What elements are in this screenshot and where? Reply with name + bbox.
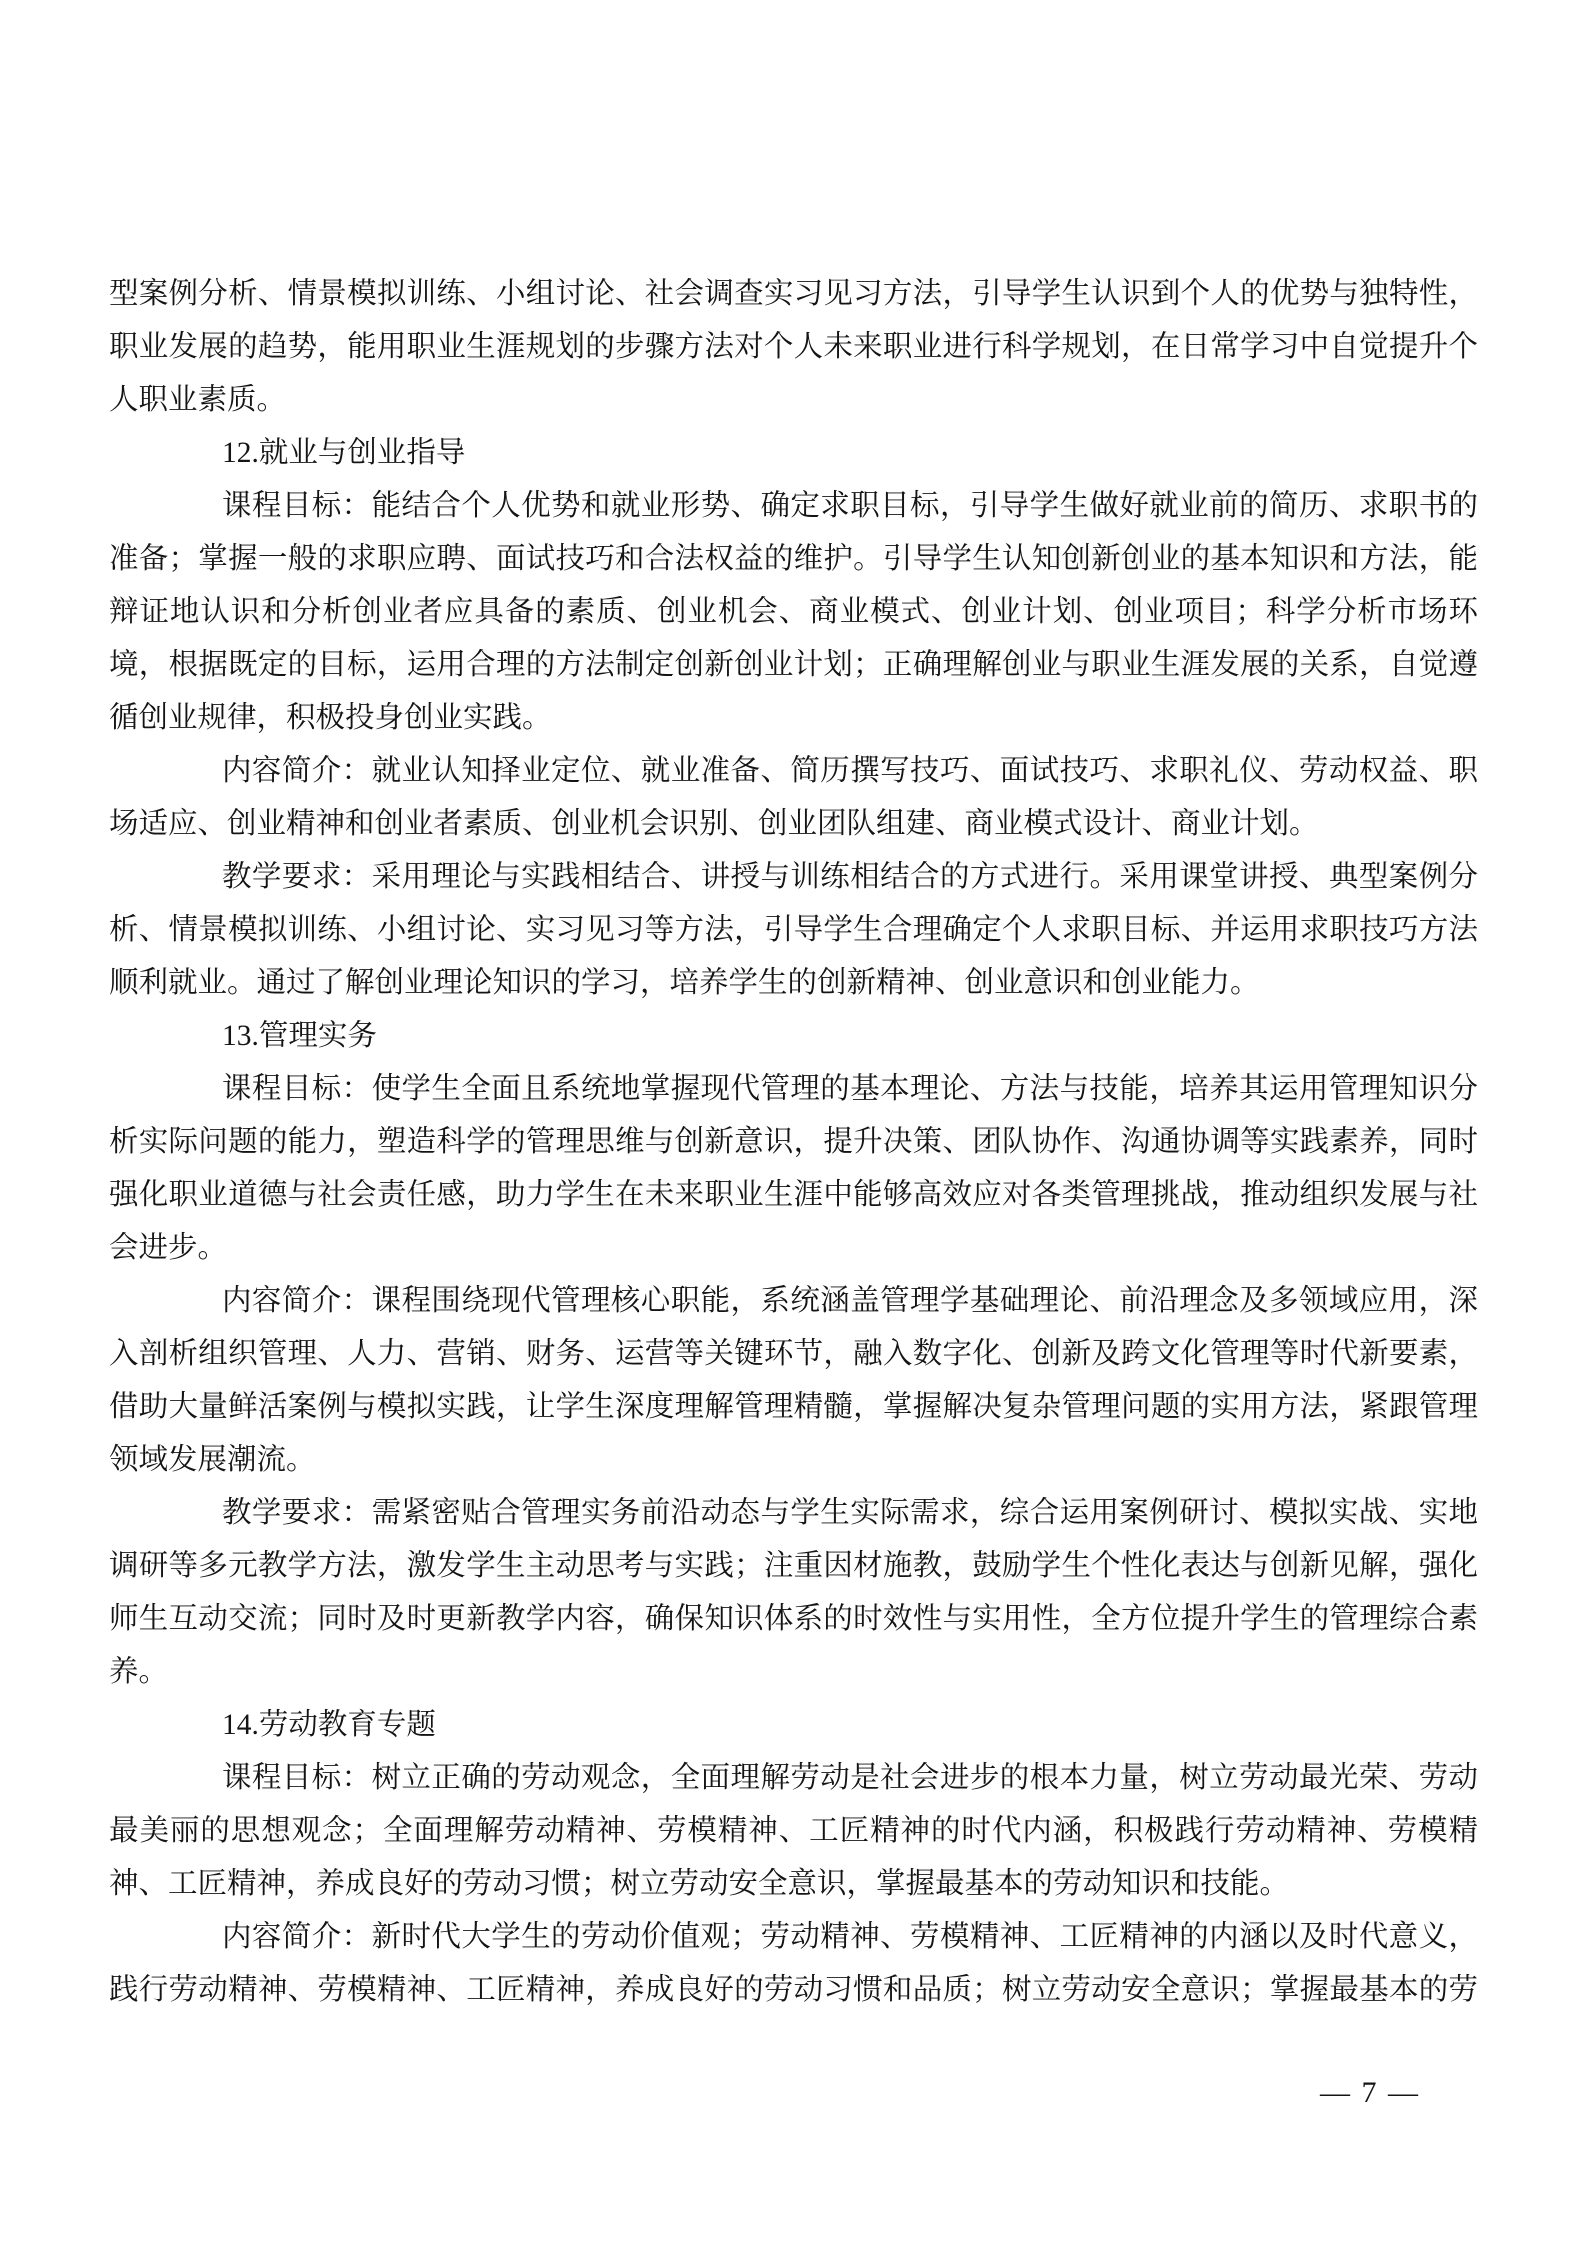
section-heading-14: 14.劳动教育专题 <box>109 1699 1478 1752</box>
paragraph-content-intro-13: 内容简介：课程围绕现代管理核心职能，系统涵盖管理学基础理论、前沿理念及多领域应用… <box>109 1275 1478 1487</box>
paragraph-content-intro-14: 内容简介：新时代大学生的劳动价值观；劳动精神、劳模精神、工匠精神的内涵以及时代意… <box>109 1911 1478 2017</box>
document-body: 型案例分析、情景模拟训练、小组讨论、社会调查实习见习方法，引导学生认识到个人的优… <box>109 268 1478 2017</box>
paragraph-teaching-requirements-13: 教学要求：需紧密贴合管理实务前沿动态与学生实际需求，综合运用案例研讨、模拟实战、… <box>109 1487 1478 1699</box>
paragraph-course-goal-13: 课程目标：使学生全面且系统地掌握现代管理的基本理论、方法与技能，培养其运用管理知… <box>109 1063 1478 1275</box>
page-number: — 7 — <box>1320 2075 1420 2111</box>
paragraph-teaching-requirements-12: 教学要求：采用理论与实践相结合、讲授与训练相结合的方式进行。采用课堂讲授、典型案… <box>109 851 1478 1010</box>
paragraph-content-intro-12: 内容简介：就业认知择业定位、就业准备、简历撰写技巧、面试技巧、求职礼仪、劳动权益… <box>109 745 1478 851</box>
paragraph-course-goal-12: 课程目标：能结合个人优势和就业形势、确定求职目标，引导学生做好就业前的简历、求职… <box>109 480 1478 745</box>
section-heading-12: 12.就业与创业指导 <box>109 427 1478 480</box>
section-heading-13: 13.管理实务 <box>109 1010 1478 1063</box>
document-page: 型案例分析、情景模拟训练、小组讨论、社会调查实习见习方法，引导学生认识到个人的优… <box>0 0 1587 2245</box>
paragraph-continuation: 型案例分析、情景模拟训练、小组讨论、社会调查实习见习方法，引导学生认识到个人的优… <box>109 268 1478 427</box>
paragraph-course-goal-14: 课程目标：树立正确的劳动观念，全面理解劳动是社会进步的根本力量，树立劳动最光荣、… <box>109 1752 1478 1911</box>
